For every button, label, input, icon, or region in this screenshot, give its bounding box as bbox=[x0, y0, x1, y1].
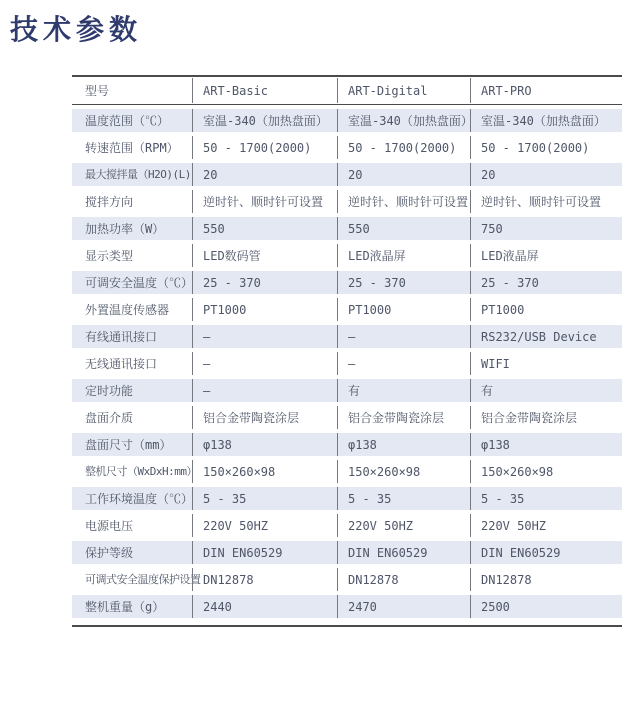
cell-art-pro: 有 bbox=[470, 379, 622, 402]
table-row: 显示类型 LED数码管 LED液晶屏 LED液晶屏 bbox=[72, 244, 622, 267]
row-label: 外置温度传感器 bbox=[72, 298, 192, 321]
cell-art-pro: 铝合金带陶瓷涂层 bbox=[470, 406, 622, 429]
header-model-label: 型号 bbox=[72, 78, 192, 103]
cell-art-digital: 逆时针、顺时针可设置 bbox=[337, 190, 470, 213]
table-row: 工作环境温度（℃） 5 - 35 5 - 35 5 - 35 bbox=[72, 487, 622, 510]
table-row: 外置温度传感器 PT1000 PT1000 PT1000 bbox=[72, 298, 622, 321]
cell-art-basic: PT1000 bbox=[192, 298, 337, 321]
table-row: 盘面介质 铝合金带陶瓷涂层 铝合金带陶瓷涂层 铝合金带陶瓷涂层 bbox=[72, 406, 622, 429]
row-label: 整机重量（g） bbox=[72, 595, 192, 618]
row-label: 温度范围（℃） bbox=[72, 109, 192, 132]
cell-art-pro: PT1000 bbox=[470, 298, 622, 321]
row-label: 无线通讯接口 bbox=[72, 352, 192, 375]
cell-art-basic: 20 bbox=[192, 163, 337, 186]
cell-art-pro: 20 bbox=[470, 163, 622, 186]
cell-art-pro: 室温-340（加热盘面） bbox=[470, 109, 622, 132]
cell-art-digital: φ138 bbox=[337, 433, 470, 456]
table-row: 盘面尺寸（mm） φ138 φ138 φ138 bbox=[72, 433, 622, 456]
cell-art-pro: WIFI bbox=[470, 352, 622, 375]
cell-art-basic: 220V 50HZ bbox=[192, 514, 337, 537]
cell-art-basic: 550 bbox=[192, 217, 337, 240]
table-row: 无线通讯接口 — — WIFI bbox=[72, 352, 622, 375]
table-row: 整机重量（g） 2440 2470 2500 bbox=[72, 595, 622, 618]
cell-art-digital: 50 - 1700(2000) bbox=[337, 136, 470, 159]
cell-art-digital: 150×260×98 bbox=[337, 460, 470, 483]
cell-art-pro: φ138 bbox=[470, 433, 622, 456]
cell-art-pro: DN12878 bbox=[470, 568, 622, 591]
cell-art-digital: 铝合金带陶瓷涂层 bbox=[337, 406, 470, 429]
cell-art-pro: LED液晶屏 bbox=[470, 244, 622, 267]
cell-art-basic: — bbox=[192, 352, 337, 375]
table-header-row: 型号 ART-Basic ART-Digital ART-PRO bbox=[72, 78, 622, 103]
header-divider bbox=[72, 104, 622, 105]
cell-art-basic: 5 - 35 bbox=[192, 487, 337, 510]
cell-art-digital: 25 - 370 bbox=[337, 271, 470, 294]
page-title: 技术参数 bbox=[10, 8, 142, 48]
row-label: 保护等级 bbox=[72, 541, 192, 564]
table-row: 转速范围（RPM） 50 - 1700(2000) 50 - 1700(2000… bbox=[72, 136, 622, 159]
cell-art-pro: 2500 bbox=[470, 595, 622, 618]
cell-art-pro: 750 bbox=[470, 217, 622, 240]
cell-art-basic: — bbox=[192, 325, 337, 348]
row-label: 最大搅拌量（H2O)(L) bbox=[72, 163, 192, 186]
cell-art-digital: 220V 50HZ bbox=[337, 514, 470, 537]
cell-art-pro: DIN EN60529 bbox=[470, 541, 622, 564]
row-label: 搅拌方向 bbox=[72, 190, 192, 213]
cell-art-digital: 550 bbox=[337, 217, 470, 240]
table-row: 保护等级 DIN EN60529 DIN EN60529 DIN EN60529 bbox=[72, 541, 622, 564]
cell-art-basic: φ138 bbox=[192, 433, 337, 456]
table-row: 搅拌方向 逆时针、顺时针可设置 逆时针、顺时针可设置 逆时针、顺时针可设置 bbox=[72, 190, 622, 213]
cell-art-basic: DIN EN60529 bbox=[192, 541, 337, 564]
cell-art-basic: — bbox=[192, 379, 337, 402]
row-label: 可调式安全温度保护设置 bbox=[72, 568, 192, 591]
cell-art-digital: 室温-340（加热盘面） bbox=[337, 109, 470, 132]
row-label: 加热功率（W） bbox=[72, 217, 192, 240]
cell-art-basic: 逆时针、顺时针可设置 bbox=[192, 190, 337, 213]
cell-art-basic: 2440 bbox=[192, 595, 337, 618]
cell-art-basic: 铝合金带陶瓷涂层 bbox=[192, 406, 337, 429]
cell-art-basic: 50 - 1700(2000) bbox=[192, 136, 337, 159]
row-label: 可调安全温度（℃） bbox=[72, 271, 192, 294]
cell-art-basic: 25 - 370 bbox=[192, 271, 337, 294]
cell-art-pro: 5 - 35 bbox=[470, 487, 622, 510]
table-row: 最大搅拌量（H2O)(L) 20 20 20 bbox=[72, 163, 622, 186]
row-label: 有线通讯接口 bbox=[72, 325, 192, 348]
cell-art-pro: RS232/USB Device bbox=[470, 325, 622, 348]
cell-art-digital: 2470 bbox=[337, 595, 470, 618]
table-row: 有线通讯接口 — — RS232/USB Device bbox=[72, 325, 622, 348]
table-row: 电源电压 220V 50HZ 220V 50HZ 220V 50HZ bbox=[72, 514, 622, 537]
cell-art-basic: 150×260×98 bbox=[192, 460, 337, 483]
header-col-art-digital: ART-Digital bbox=[337, 78, 470, 103]
spec-table: 型号 ART-Basic ART-Digital ART-PRO 温度范围（℃）… bbox=[72, 75, 622, 627]
row-label: 电源电压 bbox=[72, 514, 192, 537]
cell-art-pro: 50 - 1700(2000) bbox=[470, 136, 622, 159]
cell-art-digital: LED液晶屏 bbox=[337, 244, 470, 267]
table-row: 可调安全温度（℃） 25 - 370 25 - 370 25 - 370 bbox=[72, 271, 622, 294]
cell-art-digital: DN12878 bbox=[337, 568, 470, 591]
cell-art-digital: 5 - 35 bbox=[337, 487, 470, 510]
cell-art-basic: LED数码管 bbox=[192, 244, 337, 267]
table-row: 加热功率（W） 550 550 750 bbox=[72, 217, 622, 240]
row-label: 盘面介质 bbox=[72, 406, 192, 429]
cell-art-pro: 220V 50HZ bbox=[470, 514, 622, 537]
spec-page: 技术参数 型号 ART-Basic ART-Digital ART-PRO 温度… bbox=[0, 0, 641, 728]
row-label: 定时功能 bbox=[72, 379, 192, 402]
cell-art-pro: 25 - 370 bbox=[470, 271, 622, 294]
header-col-art-pro: ART-PRO bbox=[470, 78, 622, 103]
cell-art-pro: 逆时针、顺时针可设置 bbox=[470, 190, 622, 213]
cell-art-digital: — bbox=[337, 325, 470, 348]
table-row: 可调式安全温度保护设置 DN12878 DN12878 DN12878 bbox=[72, 568, 622, 591]
table-body: 温度范围（℃） 室温-340（加热盘面） 室温-340（加热盘面） 室温-340… bbox=[72, 109, 622, 625]
cell-art-basic: DN12878 bbox=[192, 568, 337, 591]
table-row: 整机尺寸（WxDxH:mm） 150×260×98 150×260×98 150… bbox=[72, 460, 622, 483]
header-col-art-basic: ART-Basic bbox=[192, 78, 337, 103]
row-label: 显示类型 bbox=[72, 244, 192, 267]
table-row: 温度范围（℃） 室温-340（加热盘面） 室温-340（加热盘面） 室温-340… bbox=[72, 109, 622, 132]
cell-art-basic: 室温-340（加热盘面） bbox=[192, 109, 337, 132]
cell-art-digital: 有 bbox=[337, 379, 470, 402]
row-label: 整机尺寸（WxDxH:mm） bbox=[72, 460, 192, 483]
cell-art-digital: PT1000 bbox=[337, 298, 470, 321]
cell-art-digital: DIN EN60529 bbox=[337, 541, 470, 564]
cell-art-pro: 150×260×98 bbox=[470, 460, 622, 483]
cell-art-digital: — bbox=[337, 352, 470, 375]
row-label: 工作环境温度（℃） bbox=[72, 487, 192, 510]
cell-art-digital: 20 bbox=[337, 163, 470, 186]
row-label: 盘面尺寸（mm） bbox=[72, 433, 192, 456]
table-row: 定时功能 — 有 有 bbox=[72, 379, 622, 402]
row-label: 转速范围（RPM） bbox=[72, 136, 192, 159]
